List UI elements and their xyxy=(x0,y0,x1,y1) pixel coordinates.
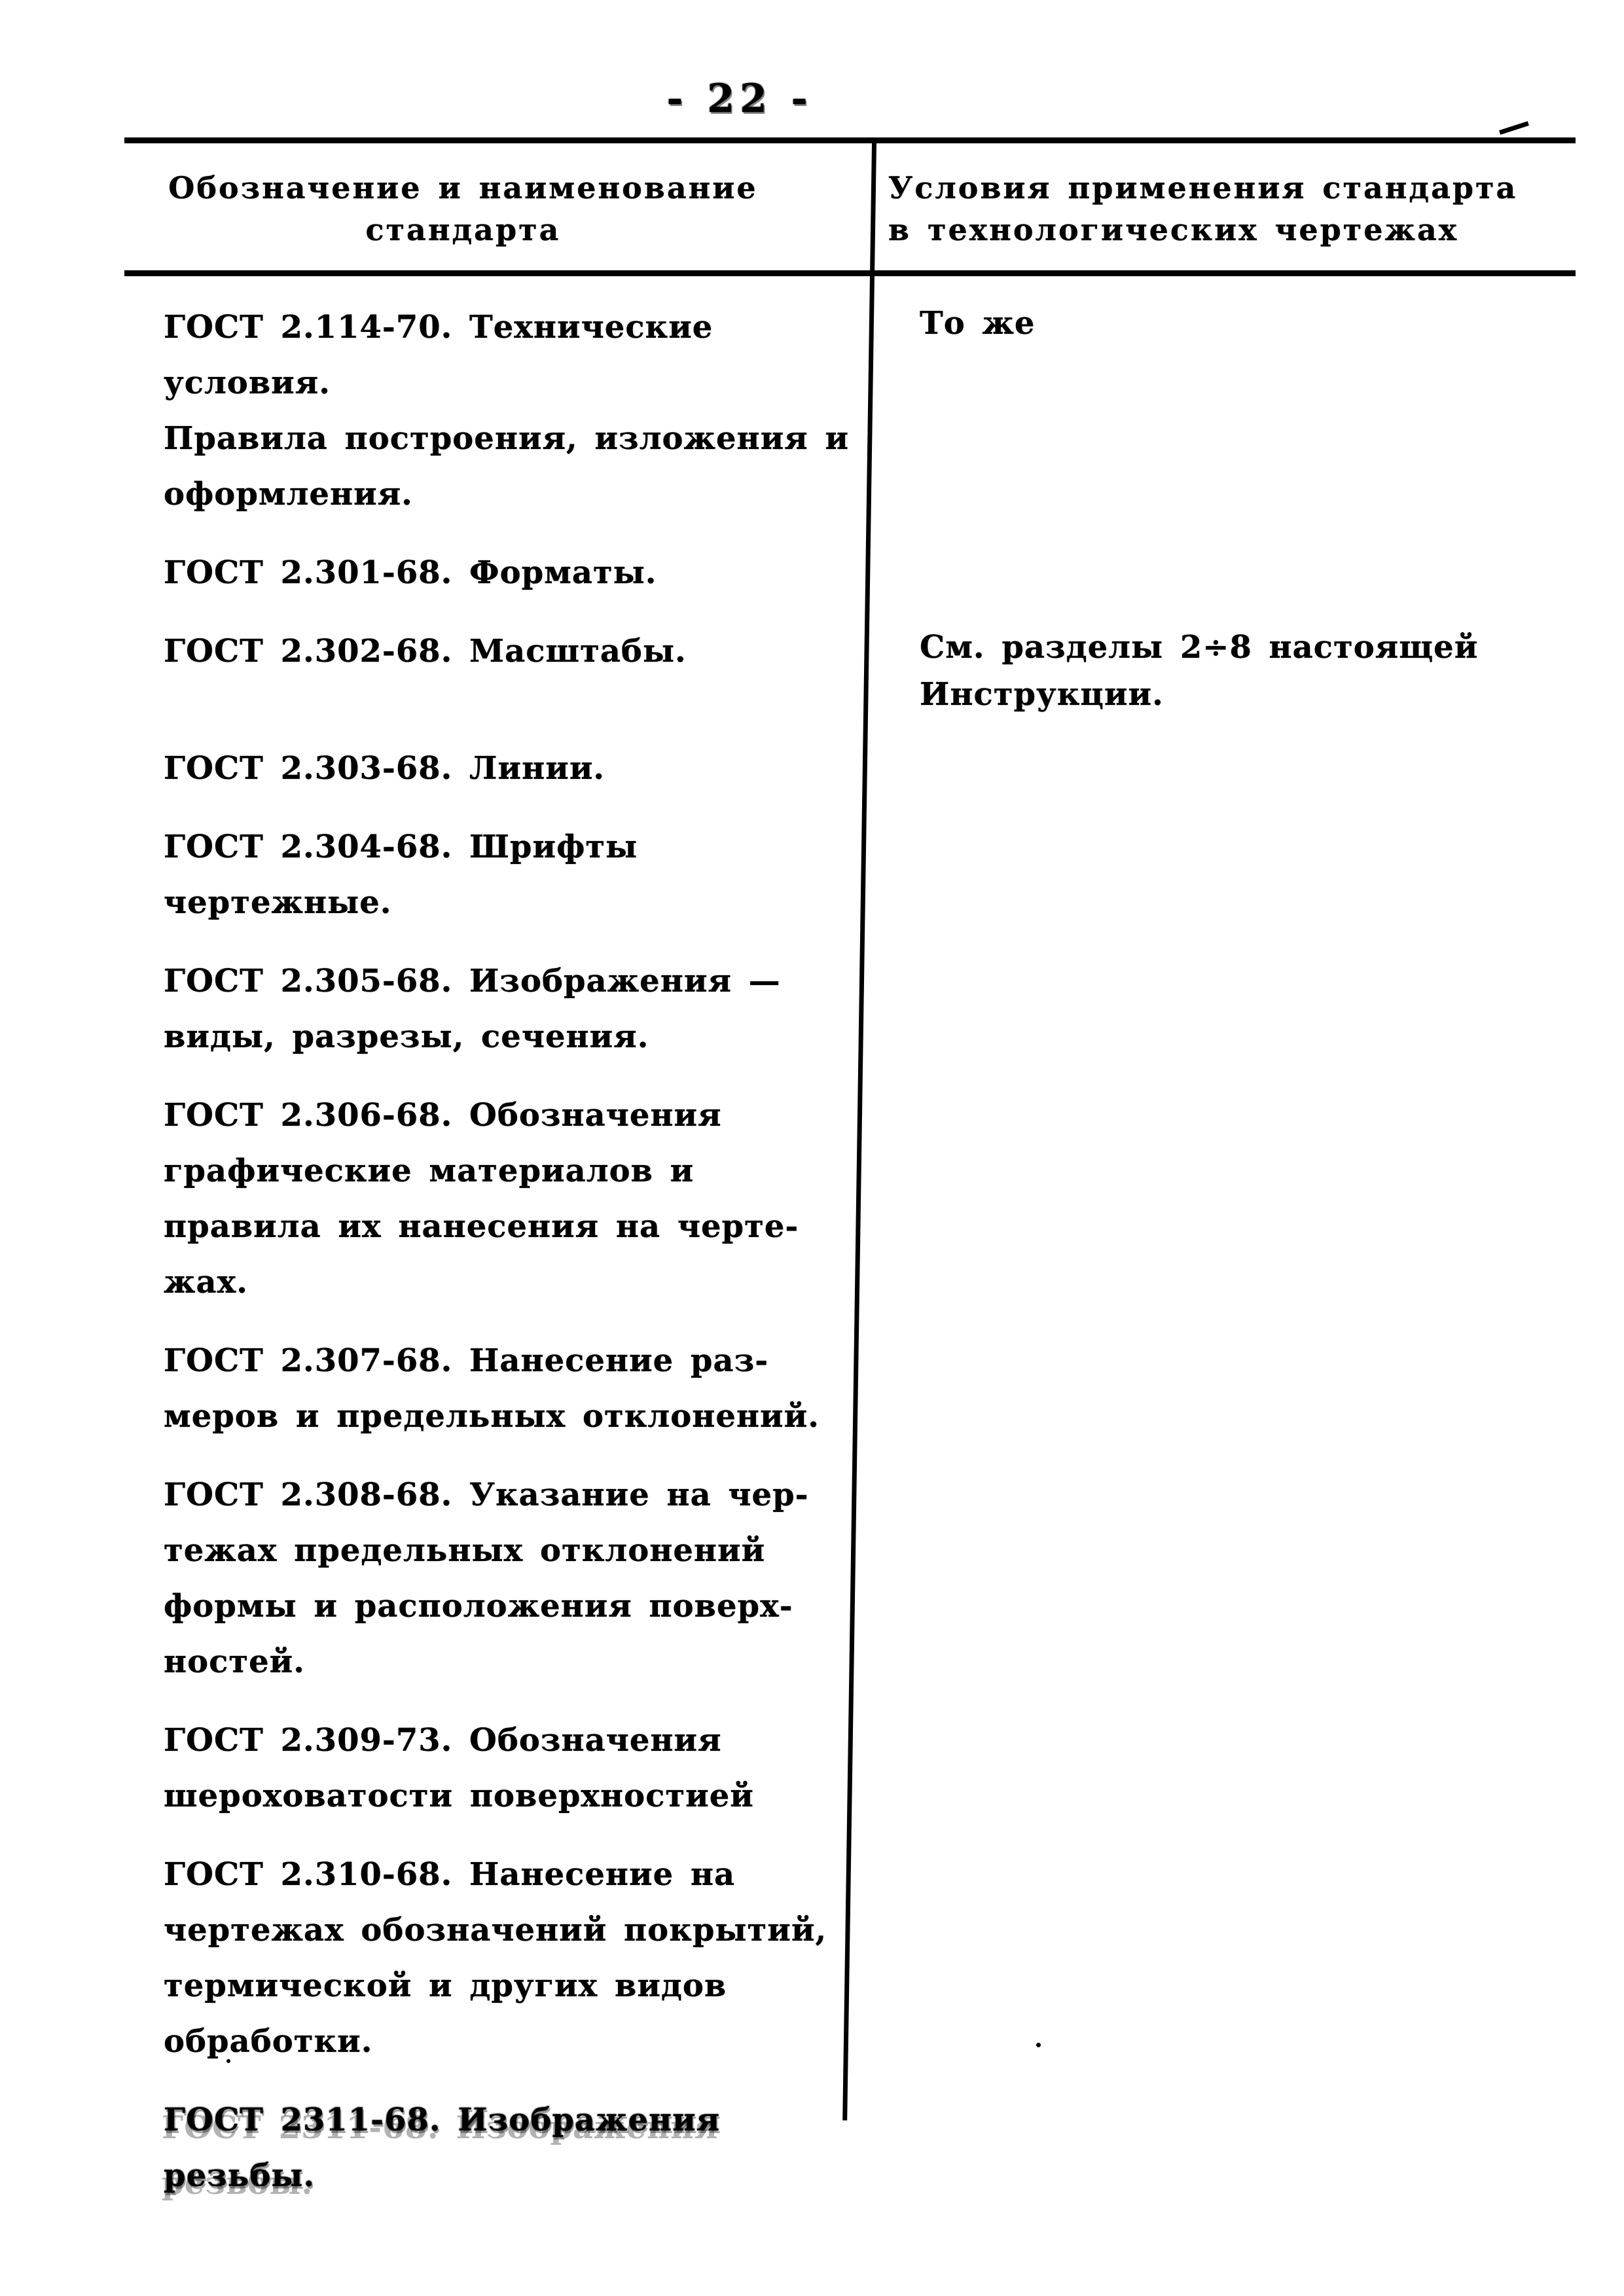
table-header-row: Обозначение и наименование стандарта Усл… xyxy=(124,143,1576,276)
table-row: ГОСТ 2.304-68. Шрифты чертежные. xyxy=(124,819,1576,931)
standard-cell: ГОСТ 2.309-73. Обозначения шероховатости… xyxy=(124,1713,874,1824)
standard-cell: ГОСТ 2.302-68. Масштабы. xyxy=(124,624,874,679)
table-row: ГОСТ 2.305-68. Изображения — виды, разре… xyxy=(124,954,1576,1065)
standards-table: Обозначение и наименование стандарта Усл… xyxy=(124,137,1576,2121)
table-row: ГОСТ 2.303-68. Линии. xyxy=(124,741,1576,797)
col-header-conditions: Условия применения стандарта в технологи… xyxy=(874,167,1576,251)
ink-artifact xyxy=(1499,121,1529,135)
standard-cell: ГОСТ 2.301-68. Форматы. xyxy=(124,545,874,601)
standard-cell: ГОСТ 2.307-68. Нанесение раз- меров и пр… xyxy=(124,1333,874,1444)
standard-cell: ГОСТ 2.310-68. Нанесение на чертежах обо… xyxy=(124,1847,874,2070)
standard-cell: ГОСТ 2311-68. Изображения резьбы. xyxy=(124,2092,874,2204)
table-row: ГОСТ 2311-68. Изображения резьбы. xyxy=(124,2092,1576,2204)
standard-cell: ГОСТ 2.305-68. Изображения — виды, разре… xyxy=(124,954,874,1065)
table-row: ГОСТ 2.306-68. Обозначения графические м… xyxy=(124,1088,1576,1310)
table-row: ГОСТ 2.307-68. Нанесение раз- меров и пр… xyxy=(124,1333,1576,1444)
standard-cell: ГОСТ 2.308-68. Указание на чер- тежах пр… xyxy=(124,1467,874,1690)
table-row: ГОСТ 2.301-68. Форматы. xyxy=(124,545,1576,601)
conditions-cell: То же xyxy=(874,300,1576,347)
standard-cell: ГОСТ 2.306-68. Обозначения графические м… xyxy=(124,1088,874,1310)
table-row: ГОСТ 2.302-68. Масштабы. См. разделы 2÷8… xyxy=(124,624,1576,718)
ink-speck xyxy=(226,2059,230,2063)
standard-cell: ГОСТ 2.114-70. Технические условия. Прав… xyxy=(124,300,874,522)
col-header-standard: Обозначение и наименование стандарта xyxy=(124,167,874,251)
page-number: - 22 - xyxy=(655,76,825,122)
standard-cell: ГОСТ 2.304-68. Шрифты чертежные. xyxy=(124,819,874,931)
table-row: ГОСТ 2.114-70. Технические условия. Прав… xyxy=(124,300,1576,522)
ink-speck xyxy=(1036,2043,1041,2047)
conditions-cell: См. разделы 2÷8 настоящей Инструкции. xyxy=(874,624,1576,718)
standard-cell: ГОСТ 2.303-68. Линии. xyxy=(124,741,874,797)
